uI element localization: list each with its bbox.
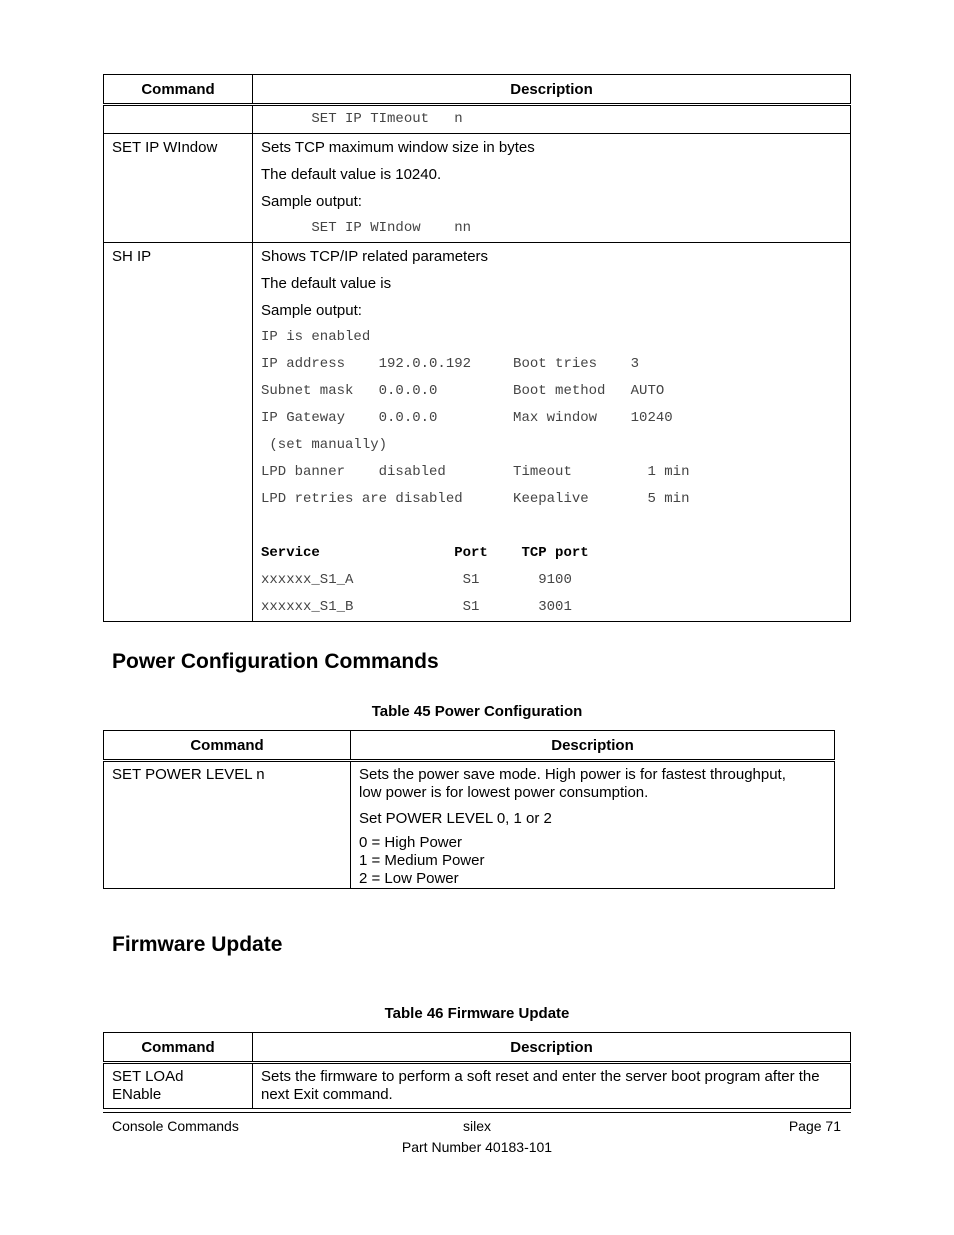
table-caption-power: Table 45 Power Configuration — [103, 703, 851, 720]
sample-output-line: xxxxxx_S1_B S1 3001 — [253, 594, 850, 621]
command-cell — [104, 105, 253, 134]
description-line: The default value is — [253, 270, 850, 297]
sample-output-line: Subnet mask 0.0.0.0 Boot method AUTO — [253, 378, 850, 405]
description-cell: Sets TCP maximum window size in bytesThe… — [253, 134, 851, 243]
description-line: Sets TCP maximum window size in bytes — [253, 134, 850, 161]
description-line: Sample output: — [253, 297, 850, 324]
command-cell: SET IP WIndow — [104, 134, 253, 243]
power-usage: Set POWER LEVEL 0, 1 or 2 — [359, 810, 826, 828]
header-description: Description — [253, 75, 851, 105]
footer-part-number: Part Number 40183-101 — [103, 1139, 851, 1155]
power-description: Sets the power save mode. High power is … — [359, 766, 826, 802]
table-row: SET IP TImeout n — [104, 105, 851, 134]
footer-center: silex — [103, 1118, 851, 1134]
table-row: SH IP Shows TCP/IP related parametersThe… — [104, 243, 851, 622]
sample-output-line: xxxxxx_S1_A S1 9100 — [253, 567, 850, 594]
power-config-table: Command Description SET POWER LEVEL n Se… — [103, 730, 835, 889]
footer-rule — [103, 1112, 851, 1113]
power-level-2: 2 = Low Power — [359, 870, 826, 888]
header-command: Command — [104, 1033, 253, 1063]
table-row: SET POWER LEVEL n Sets the power save mo… — [104, 761, 835, 889]
description-cell: SET IP TImeout n — [253, 105, 851, 134]
sample-output-line: LPD banner disabled Timeout 1 min — [253, 459, 850, 486]
header-description: Description — [351, 731, 835, 761]
footer-page-number: Page 71 — [789, 1118, 841, 1134]
power-level-0: 0 = High Power — [359, 834, 826, 852]
command-line-1: SET LOAd — [112, 1068, 244, 1086]
table-row: SET IP WIndow Sets TCP maximum window si… — [104, 134, 851, 243]
table-row: SET LOAd ENable Sets the firmware to per… — [104, 1063, 851, 1109]
command-cell: SET POWER LEVEL n — [104, 761, 351, 889]
command-cell: SET LOAd ENable — [104, 1063, 253, 1109]
header-description: Description — [253, 1033, 851, 1063]
command-cell: SH IP — [104, 243, 253, 622]
sample-output-line: IP is enabled — [253, 324, 850, 351]
sample-output-line: SET IP TImeout n — [253, 106, 850, 133]
sample-output-line — [253, 513, 850, 540]
description-line: Shows TCP/IP related parameters — [253, 243, 850, 270]
sample-output-line: IP address 192.0.0.192 Boot tries 3 — [253, 351, 850, 378]
header-command: Command — [104, 731, 351, 761]
description-line: Sample output: — [253, 188, 850, 215]
table-header-row: Command Description — [104, 731, 835, 761]
sample-output-line: LPD retries are disabled Keepalive 5 min — [253, 486, 850, 513]
description-cell: Shows TCP/IP related parametersThe defau… — [253, 243, 851, 622]
ip-commands-table: Command Description SET IP TImeout n SET… — [103, 74, 851, 622]
firmware-update-table: Command Description SET LOAd ENable Sets… — [103, 1032, 851, 1109]
command-line-2: ENable — [112, 1086, 244, 1104]
header-command: Command — [104, 75, 253, 105]
description-cell: Sets the power save mode. High power is … — [351, 761, 835, 889]
table-header-row: Command Description — [104, 1033, 851, 1063]
table-caption-firmware: Table 46 Firmware Update — [103, 1005, 851, 1022]
power-level-1: 1 = Medium Power — [359, 852, 826, 870]
sample-output-line: (set manually) — [253, 432, 850, 459]
sample-output-line: Service Port TCP port — [253, 540, 850, 567]
description-cell: Sets the firmware to perform a soft rese… — [253, 1063, 851, 1109]
table-header-row: Command Description — [104, 75, 851, 105]
sample-output-line: SET IP WIndow nn — [253, 215, 850, 242]
section-heading-power: Power Configuration Commands — [112, 650, 439, 674]
description-line: The default value is 10240. — [253, 161, 850, 188]
sample-output-line: IP Gateway 0.0.0.0 Max window 10240 — [253, 405, 850, 432]
section-heading-firmware: Firmware Update — [112, 933, 282, 957]
